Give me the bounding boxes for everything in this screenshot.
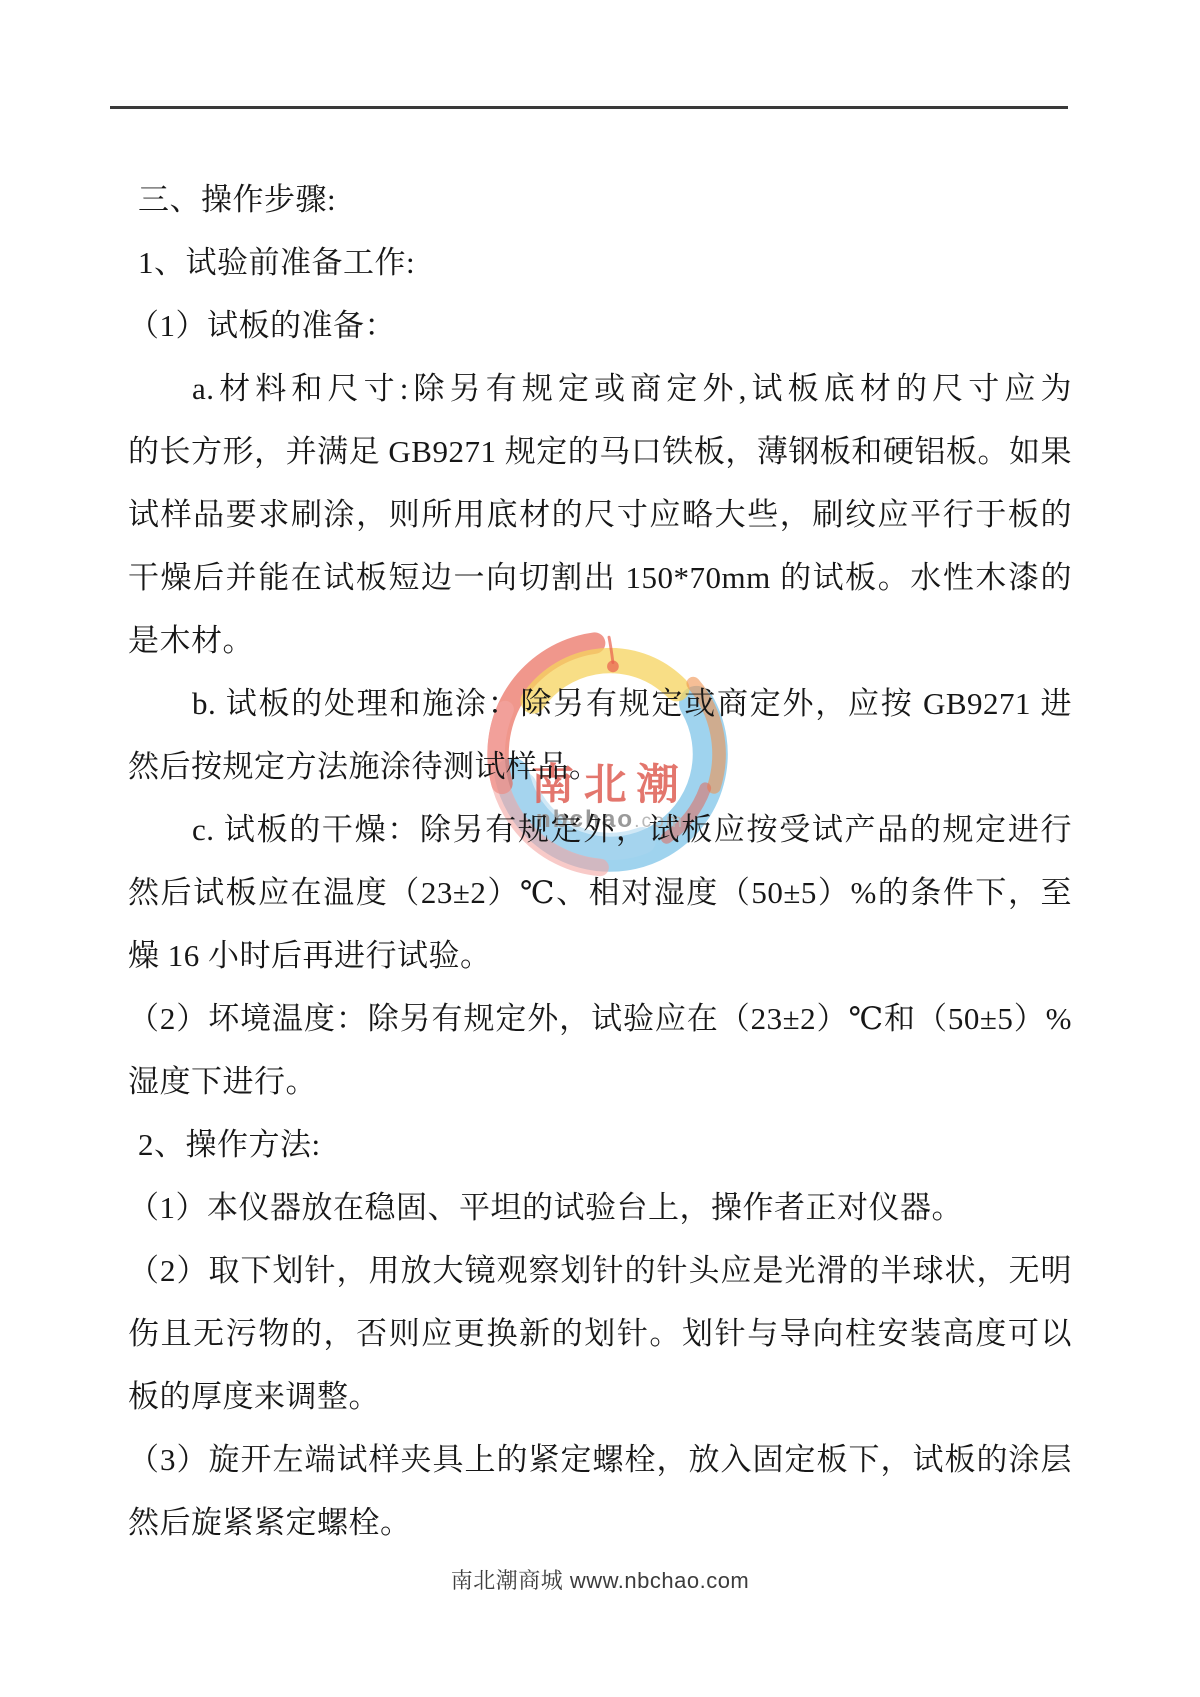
document-body: 三、操作步骤: 1、试验前准备工作: （1）试板的准备： a.材料和尺寸:除另有…	[128, 168, 1072, 1554]
doc-line: （1）本仪器放在稳固、平坦的试验台上，操作者正对仪器。	[128, 1176, 1072, 1239]
page-footer: 南北潮商城 www.nbchao.com	[0, 1564, 1200, 1595]
doc-line-section-heading: 三、操作步骤:	[128, 168, 1072, 231]
footer-text: 南北潮商城 www.nbchao.com	[451, 1568, 750, 1593]
doc-line: c. 试板的干燥：除另有规定外，试板应按受试产品的规定进行干燥。	[128, 798, 1072, 861]
doc-line-item-heading: （1）试板的准备：	[128, 294, 1072, 357]
doc-line: 是木材。	[128, 609, 1072, 672]
doc-line: 湿度下进行。	[128, 1050, 1072, 1113]
doc-line: （2）取下划针，用放大镜观察划针的针头应是光滑的半球状，无明显的磨	[128, 1239, 1072, 1302]
header-rule	[110, 106, 1068, 109]
doc-line: b. 试板的处理和施涂：除另有规定或商定外，应按 GB9271 进行，	[128, 672, 1072, 735]
doc-line: 板的厚度来调整。	[128, 1365, 1072, 1428]
doc-line: a.材料和尺寸:除另有规定或商定外,试板底材的尺寸应为150*70mm	[128, 357, 1072, 420]
doc-line: 干燥后并能在试板短边一向切割出 150*70mm 的试板。水性木漆的底材则	[128, 546, 1072, 609]
doc-line: （2）坏境温度：除另有规定外，试验应在（23±2）℃和（50±5）%相对	[128, 987, 1072, 1050]
doc-line: 的长方形，并满足 GB9271 规定的马口铁板，薄钢板和硬铝板。如果待测	[128, 420, 1072, 483]
doc-line: 燥 16 小时后再进行试验。	[128, 924, 1072, 987]
doc-line-sub-heading: 1、试验前准备工作:	[128, 231, 1072, 294]
doc-line: 然后按规定方法施涂待测试样品。	[128, 735, 1072, 798]
doc-line: 伤且无污物的，否则应更换新的划针。划针与导向柱安装高度可以根据试	[128, 1302, 1072, 1365]
doc-line-sub-heading: 2、操作方法:	[128, 1113, 1072, 1176]
doc-line: 然后旋紧紧定螺栓。	[128, 1491, 1072, 1554]
doc-line: （3）旋开左端试样夹具上的紧定螺栓，放入固定板下，试板的涂层向上，	[128, 1428, 1072, 1491]
doc-line: 然后试板应在温度（23±2）℃、相对湿度（50±5）%的条件下，至少干	[128, 861, 1072, 924]
doc-line: 试样品要求刷涂，则所用底材的尺寸应略大些，刷纹应平行于板的短边，	[128, 483, 1072, 546]
document-page: 南北潮 nbchao.com 三、操作步骤: 1、试验前准备工作: （1）试板的…	[0, 0, 1200, 1697]
